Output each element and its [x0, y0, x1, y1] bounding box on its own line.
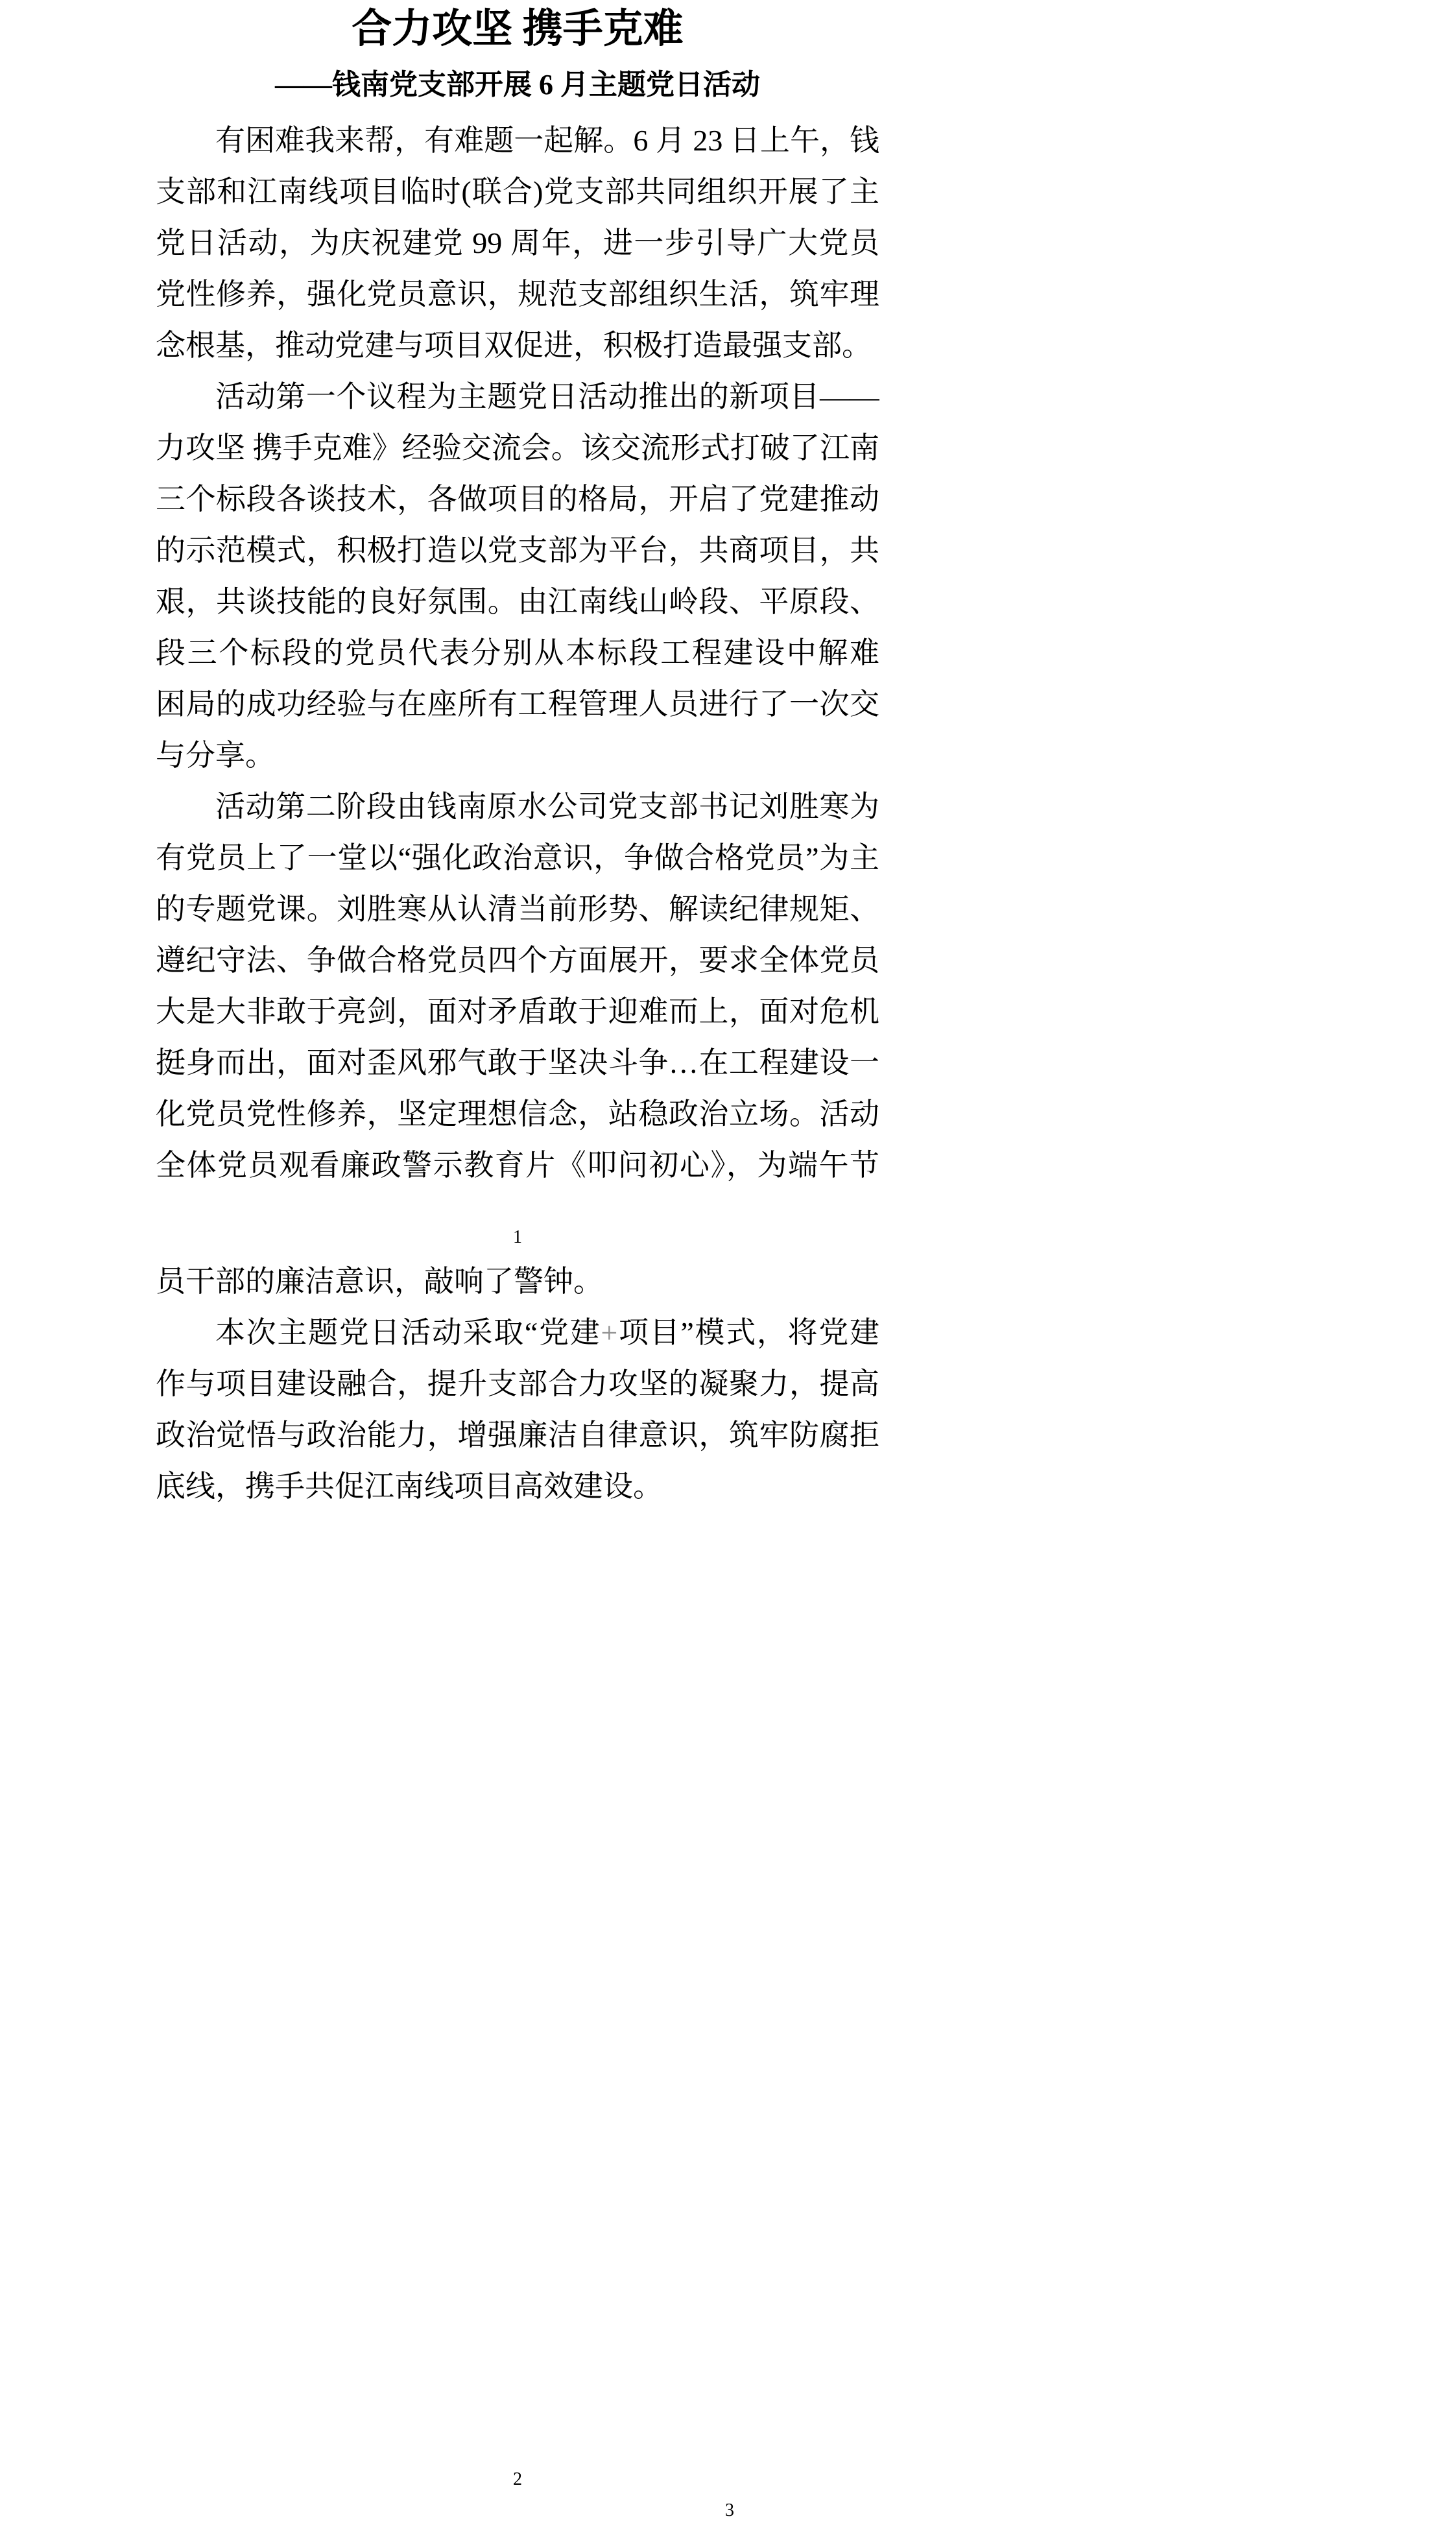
- text-line: 大是大非敢于亮剑，面对矛盾敢于迎难而上，面对危机敢于: [156, 986, 879, 1037]
- text-line: 力攻坚 携手克难》经验交流会。该交流形式打破了江南线: [156, 422, 879, 473]
- document-page: 合力攻坚 携手克难 ——钱南党支部开展 6 月主题党日活动 有困难我来帮，有难题…: [0, 0, 1456, 2525]
- text-line: 三个标段各谈技术，各做项目的格局，开启了党建推动项目: [156, 473, 879, 525]
- page-number-3: 3: [712, 2501, 747, 2520]
- text-line: 活动第一个议程为主题党日活动推出的新项目——《合: [156, 371, 879, 422]
- page2-body: 员干部的廉洁意识，敲响了警钟。 本次主题党日活动采取“党建+项目”模式，将党建工…: [156, 1256, 879, 1512]
- plus-sign: +: [601, 1316, 617, 1349]
- text-line: 党日活动，为庆祝建党 99 周年，进一步引导广大党员加强: [156, 217, 879, 269]
- text-line: 活动第二阶段由钱南原水公司党支部书记刘胜寒为所: [156, 781, 879, 832]
- text-line: 支部和江南线项目临时(联合)党支部共同组织开展了主题: [156, 166, 879, 217]
- page-number-2: 2: [156, 2470, 879, 2489]
- text-line: 念根基，推动党建与项目双促进，积极打造最强支部。: [156, 320, 879, 371]
- text-line: 全体党员观看廉政警示教育片《叩问初心》，为端午节前党: [156, 1140, 879, 1191]
- text-segment: 本次主题党日活动采取“党建: [215, 1316, 601, 1349]
- text-line: 党性修养，强化党员意识，规范支部组织生活，筑牢理想信: [156, 269, 879, 320]
- text-line: 与分享。: [156, 730, 879, 781]
- text-line: 段三个标段的党员代表分别从本标段工程建设中解难题、破: [156, 627, 879, 678]
- text-line: 有困难我来帮，有难题一起解。6 月 23 日上午，钱南党: [156, 115, 879, 166]
- page-number-1: 1: [156, 1228, 879, 1247]
- text-line: 政治觉悟与政治能力，增强廉洁自律意识，筑牢防腐拒变的: [156, 1409, 879, 1461]
- text-line: 作与项目建设融合，提升支部合力攻坚的凝聚力，提高党员: [156, 1358, 879, 1409]
- text-line: 化党员党性修养，坚定理想信念，站稳政治立场。活动最后，: [156, 1088, 879, 1140]
- text-line: 艰，共谈技能的良好氛围。由江南线山岭段、平原段、过江: [156, 576, 879, 627]
- text-line: 挺身而出，面对歪风邪气敢于坚决斗争…在工程建设一线强: [156, 1037, 879, 1088]
- text-line: 底线，携手共促江南线项目高效建设。: [156, 1461, 879, 1512]
- page1-body: 有困难我来帮，有难题一起解。6 月 23 日上午，钱南党 支部和江南线项目临时(…: [156, 115, 879, 1191]
- text-line: 遵纪守法、争做合格党员四个方面展开，要求全体党员面对: [156, 935, 879, 986]
- text-line: 有党员上了一堂以“强化政治意识，争做合格党员”为主题: [156, 832, 879, 883]
- document-title: 合力攻坚 携手克难: [156, 0, 879, 58]
- text-line: 的专题党课。刘胜寒从认清当前形势、解读纪律规矩、自觉: [156, 883, 879, 935]
- text-line: 员干部的廉洁意识，敲响了警钟。: [156, 1256, 879, 1307]
- text-line: 的示范模式，积极打造以党支部为平台，共商项目，共克时: [156, 525, 879, 576]
- text-line: 困局的成功经验与在座所有工程管理人员进行了一次交流: [156, 678, 879, 730]
- text-line: 本次主题党日活动采取“党建+项目”模式，将党建工: [156, 1307, 879, 1358]
- document-subtitle: ——钱南党支部开展 6 月主题党日活动: [156, 64, 879, 106]
